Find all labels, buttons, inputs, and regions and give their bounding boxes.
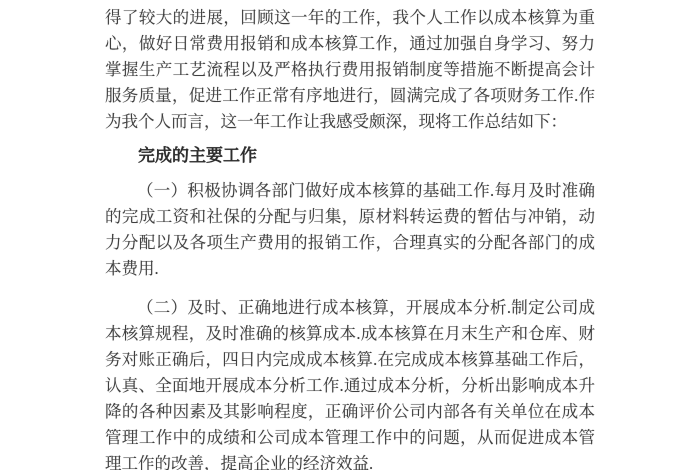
intro-paragraph: 得了较大的进展，回顾这一年的工作，我个人工作以成本核算为重心，做好日常费用报销和… — [105, 5, 595, 135]
item-one-paragraph: （一）积极协调各部门做好成本核算的基础工作.每月及时准确的完成工资和社保的分配与… — [105, 178, 595, 282]
document-page: 得了较大的进展，回顾这一年的工作，我个人工作以成本核算为重心，做好日常费用报销和… — [0, 0, 700, 470]
document-body: 得了较大的进展，回顾这一年的工作，我个人工作以成本核算为重心，做好日常费用报销和… — [105, 5, 595, 470]
item-two-paragraph: （二）及时、正确地进行成本核算，开展成本分析.制定公司成本核算规程，及时准确的核… — [105, 295, 595, 470]
section-heading: 完成的主要工作 — [105, 143, 595, 169]
